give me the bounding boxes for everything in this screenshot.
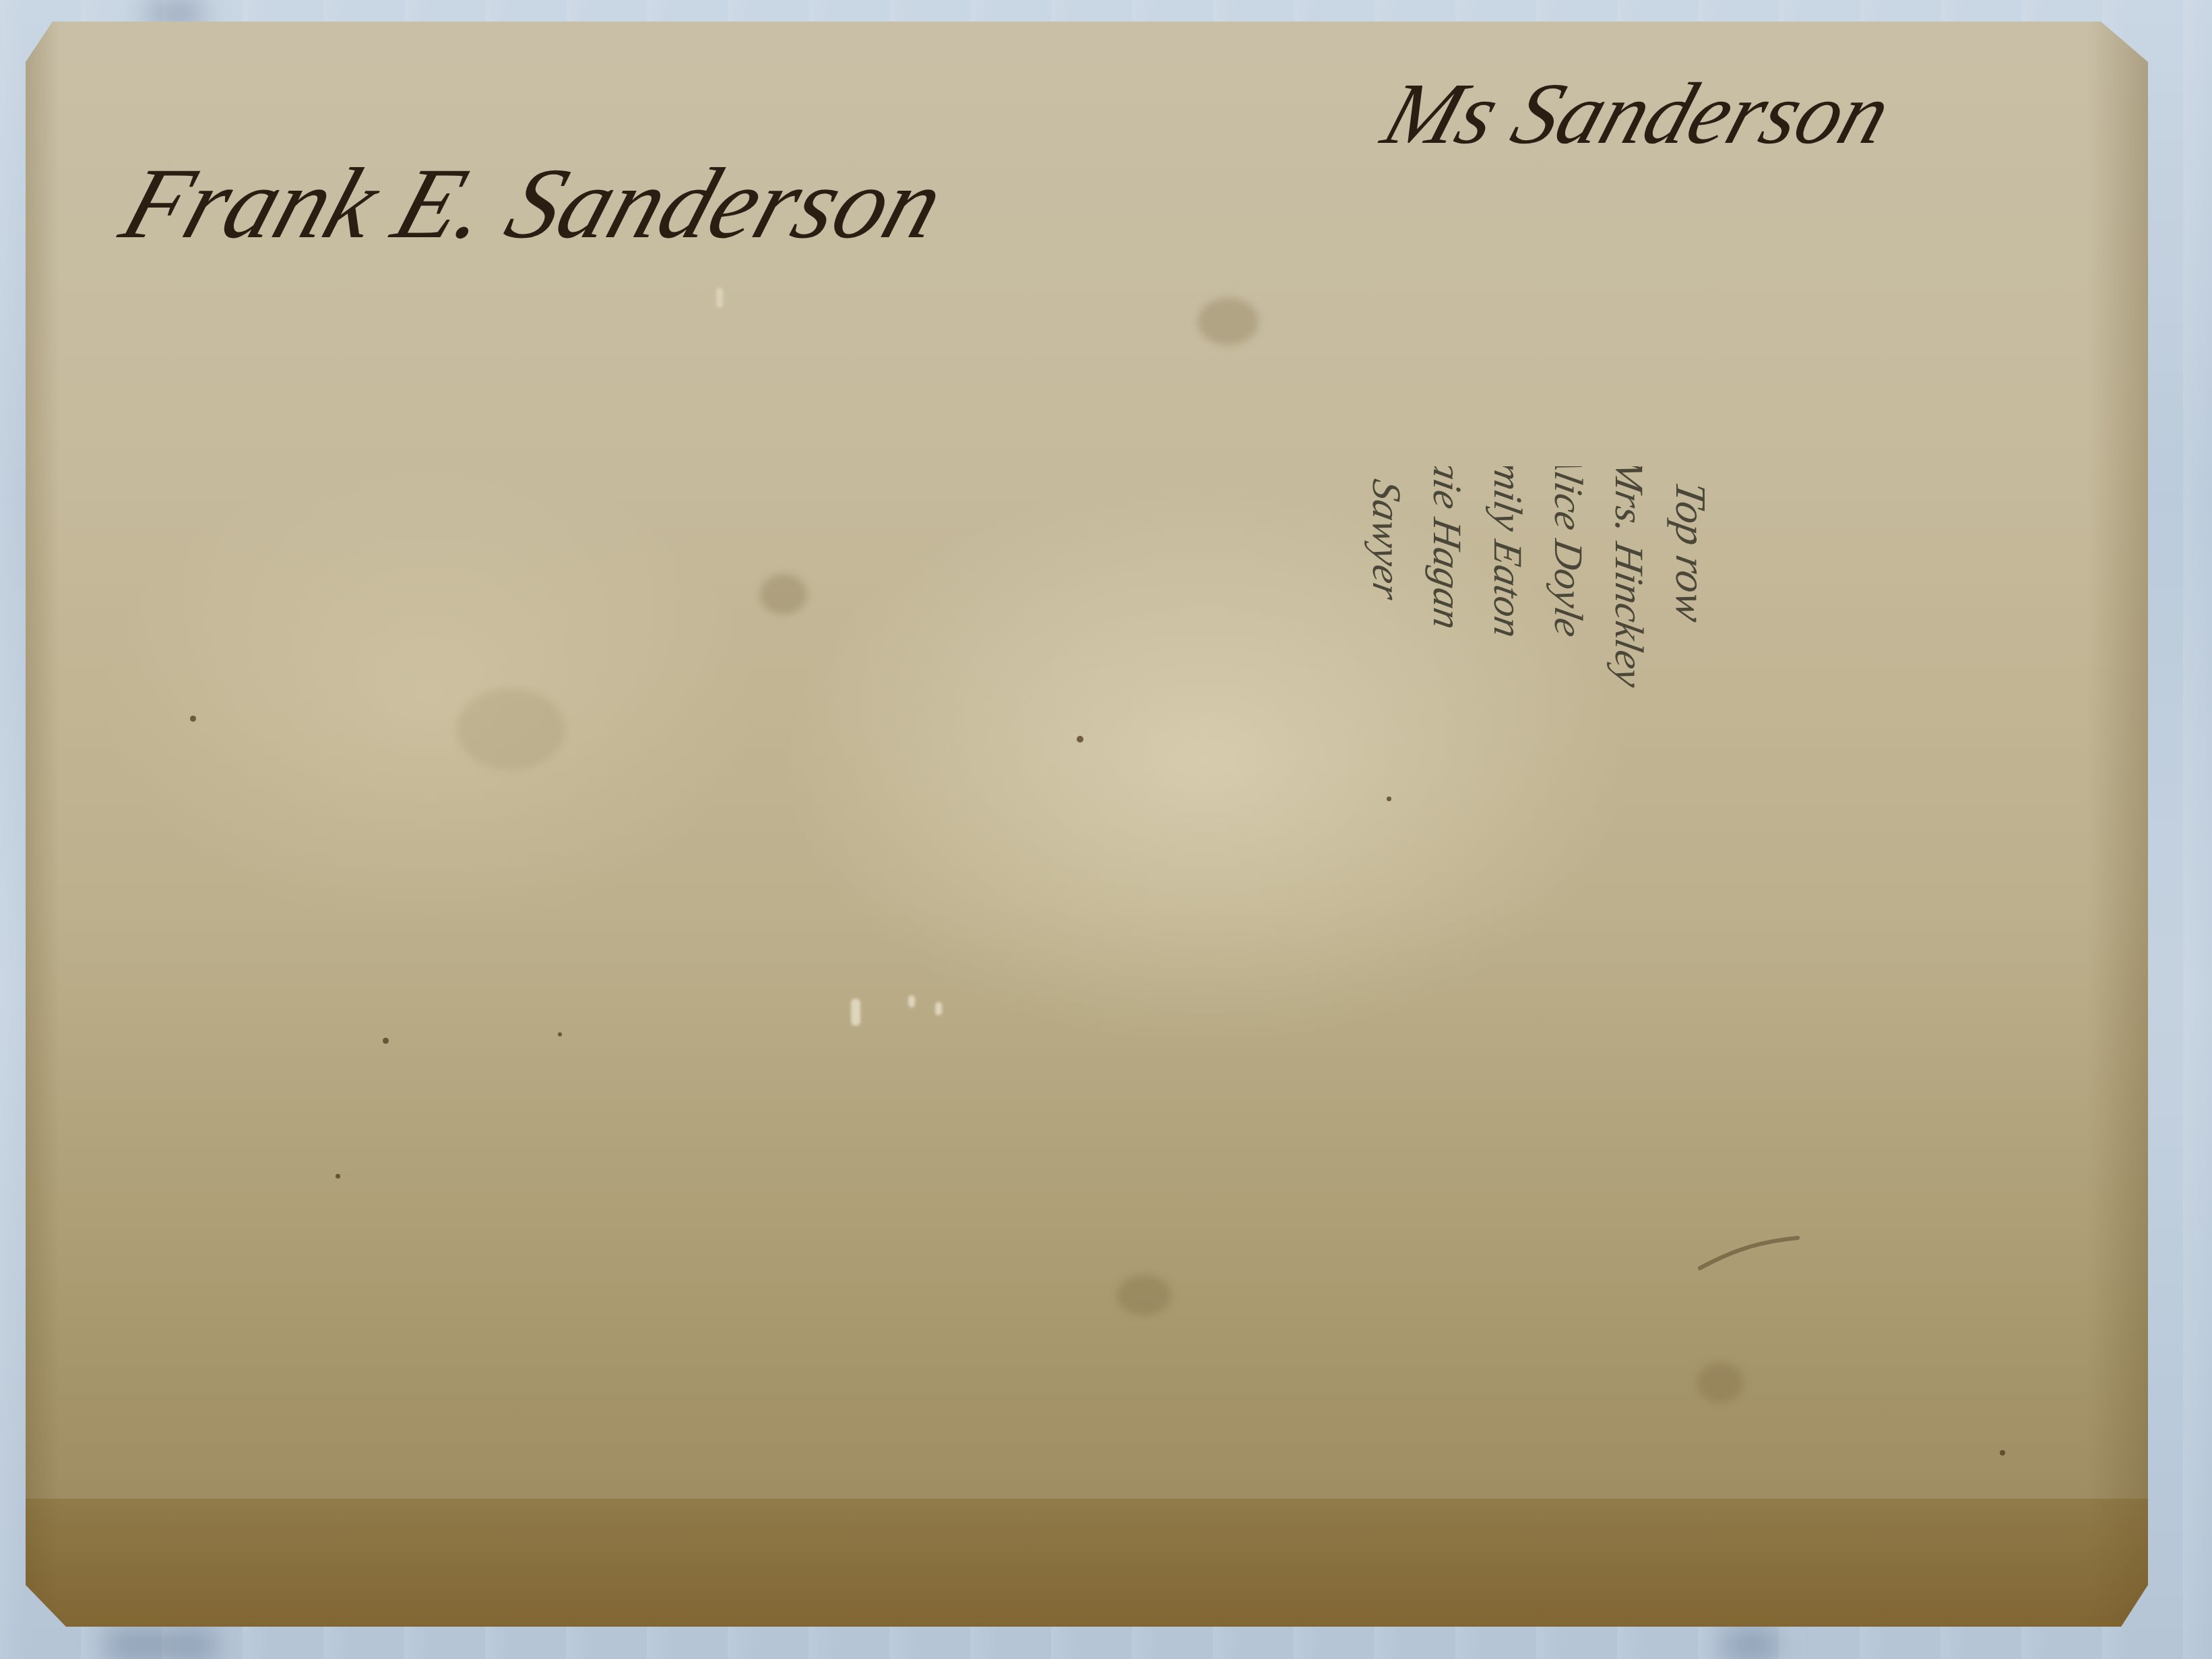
foxing-stain [1198, 298, 1259, 345]
inscription-top-right-text: Ms Sanderson [1371, 65, 1903, 162]
pencil-note-top-row: Top row Mrs. Hinckley Alice Doyle Emily … [1299, 466, 1717, 844]
foxing-stain [1117, 1275, 1171, 1315]
card-edge-shading [26, 22, 59, 1627]
speck [2000, 1450, 2005, 1455]
inscription-frank-e-sanderson: Frank E. Sanderson [154, 123, 1097, 298]
card-bottom-discoloration [26, 1499, 2148, 1627]
embossed-mark [851, 999, 860, 1026]
inscription-ms-sanderson: Ms Sanderson [1393, 55, 2168, 190]
pencil-note-name: Maie Hagan [1424, 466, 1469, 633]
cabinet-card-back: Frank E. Sanderson Ms Sanderson Top row … [26, 22, 2148, 1627]
pencil-note-name: Alice Doyle [1546, 466, 1590, 641]
speck [190, 716, 196, 722]
pencil-stray-mark [1697, 1221, 1831, 1275]
embossed-mark [935, 1002, 942, 1015]
inscription-top-left-text: Frank E. Sanderson [108, 148, 957, 259]
embossed-mark [908, 995, 915, 1007]
pencil-note-heading: Top row [1667, 478, 1714, 626]
speck [383, 1038, 389, 1044]
pencil-note-name: Mr. Sawyer [1364, 466, 1408, 604]
speck [558, 1032, 562, 1036]
foxing-stain [457, 689, 565, 770]
fabric-fold-shadow [1725, 1631, 1779, 1659]
pencil-note-svg: Top row Mrs. Hinckley Alice Doyle Emily … [1299, 466, 1717, 844]
fabric-fold-shadow [108, 1631, 216, 1659]
card-edge-shading [2087, 22, 2148, 1627]
foxing-stain [1697, 1363, 1744, 1403]
pencil-note-name: Mrs. Hinckley [1606, 466, 1651, 691]
speck [336, 1174, 340, 1179]
foxing-stain [760, 574, 807, 615]
pencil-note-name: Emily Eaton [1485, 466, 1529, 641]
speck [1077, 736, 1083, 743]
